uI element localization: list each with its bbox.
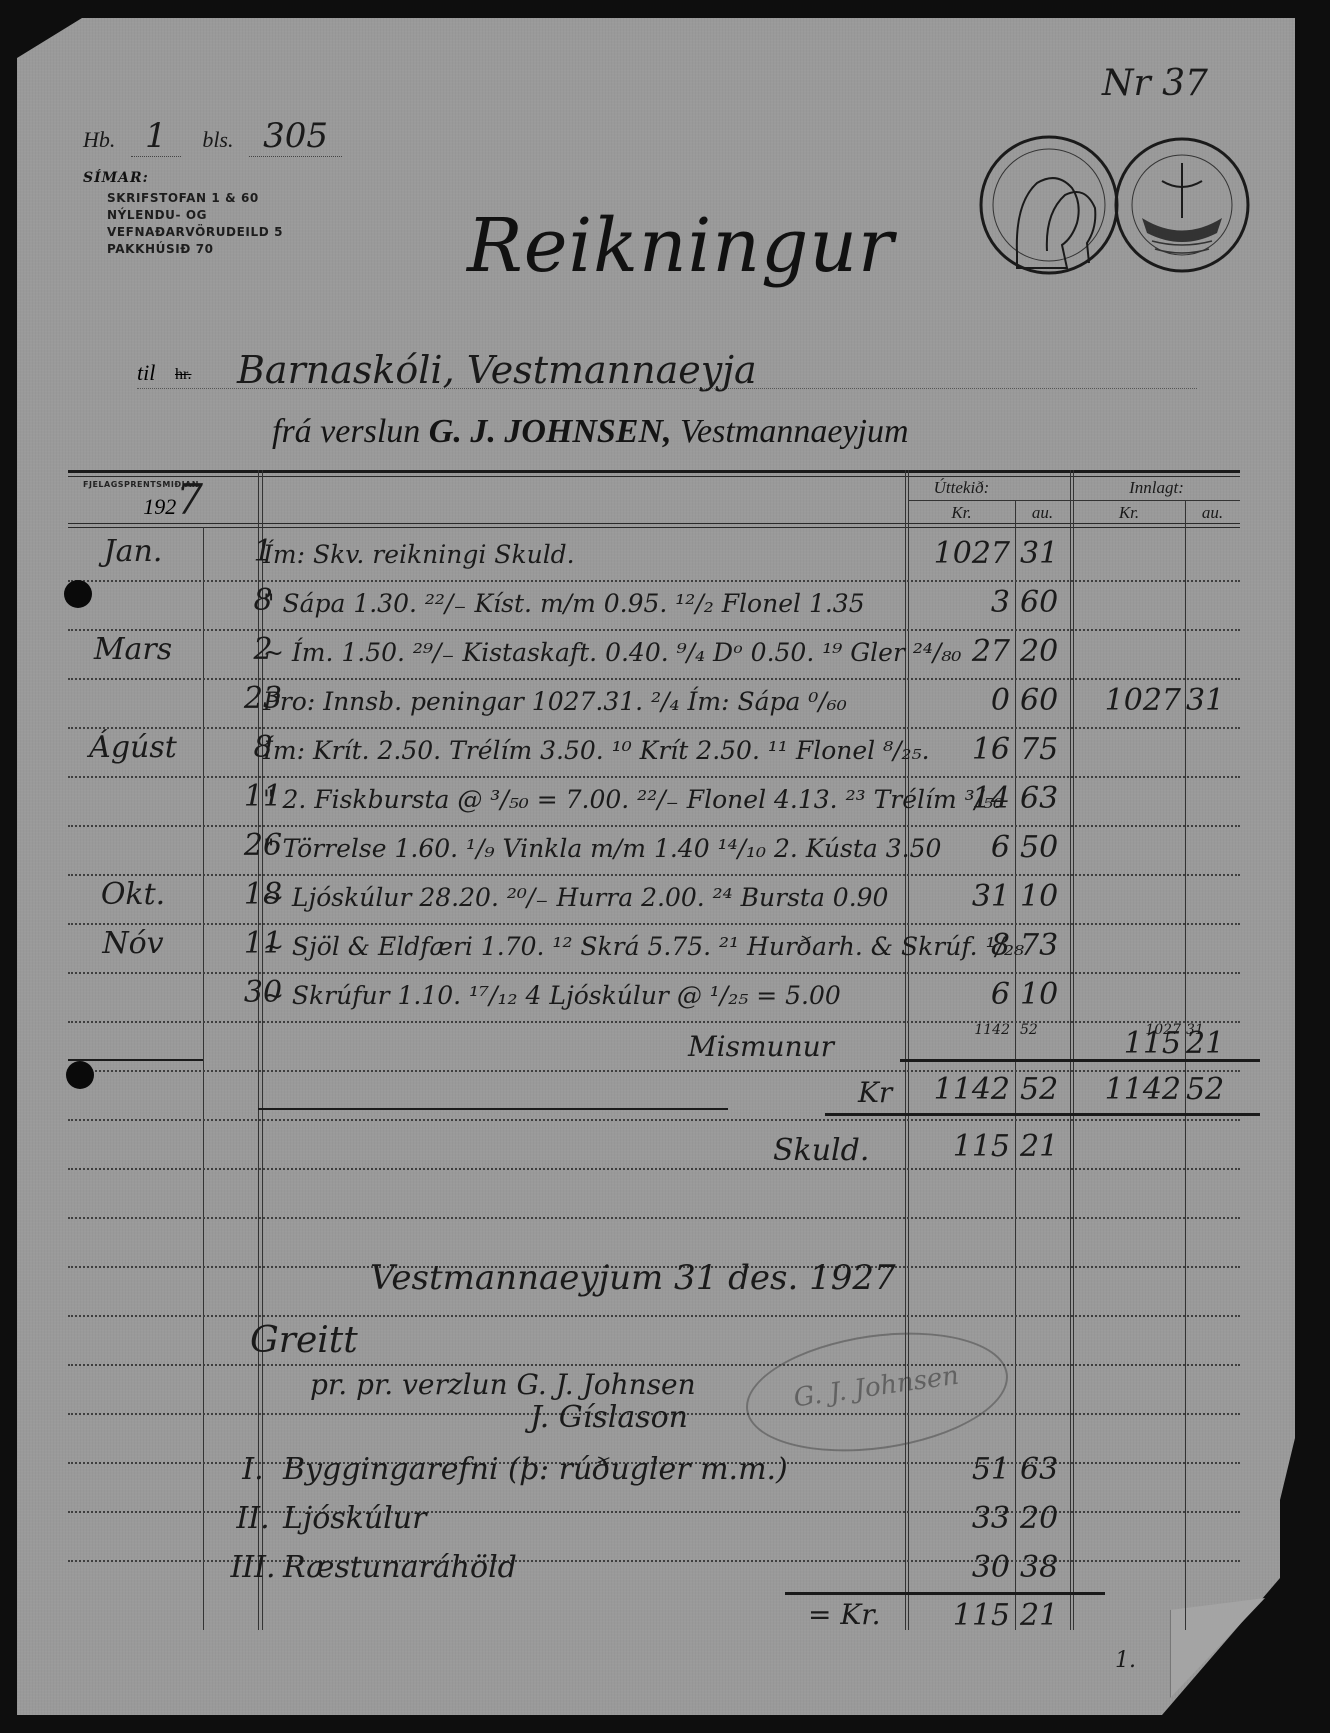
category-label: Ræstunaráhöld xyxy=(283,1550,517,1585)
place-date: Vestmannaeyjum 31 des. 1927 xyxy=(370,1258,896,1298)
year-cell: 1927 xyxy=(68,475,203,524)
row-out-kr: 31 xyxy=(908,879,1010,914)
row-out-kr: 8 xyxy=(908,928,1010,963)
row-month: Mars xyxy=(68,632,198,667)
category-total-kr: 115 xyxy=(908,1598,1010,1633)
year-printed: 192 xyxy=(143,494,176,519)
ledger-reference: Hb. 1 bls. 305 xyxy=(83,116,356,156)
row-out-au: 60 xyxy=(1020,585,1072,620)
row-in-kr: 1027 xyxy=(1073,683,1181,718)
category-kr: 33 xyxy=(908,1501,1010,1536)
phone-list: SÍMAR: SKRIFSTOFAN 1 & 60 NÝLENDU- OG VE… xyxy=(83,170,283,258)
ledger-row: 8 " Sápa 1.30. ²²/₋ Kíst. m/m 0.95. ¹²/₂… xyxy=(68,581,1240,630)
ledger-row: Okt. 18 ~ Ljóskúlur 28.20. ²⁰/₋ Hurra 2.… xyxy=(68,875,1240,924)
row-month: Okt. xyxy=(68,877,198,912)
row-month: Ágúst xyxy=(68,730,198,765)
balance-kr: 115 xyxy=(908,1129,1010,1164)
row-out-au: 73 xyxy=(1020,928,1072,963)
category-total-row: = Kr. 115 21 xyxy=(68,1598,1240,1647)
row-out-au: 10 xyxy=(1020,879,1072,914)
phone-line: PAKKHÚSIÐ 70 xyxy=(107,241,283,258)
bls-label: bls. xyxy=(202,127,233,152)
year-handwritten: 7 xyxy=(176,475,203,524)
category-au: 38 xyxy=(1020,1550,1072,1585)
ledger-row: Ágúst 8 Ím: Krít. 2.50. Trélím 3.50. ¹⁰ … xyxy=(68,728,1240,777)
sum-rule-left xyxy=(68,1059,203,1061)
category-au: 63 xyxy=(1020,1452,1072,1487)
row-out-kr: 1027 xyxy=(908,536,1010,571)
sender-line: frá verslun G. J. JOHNSEN, Vestmannaeyju… xyxy=(272,413,909,451)
row-out-au: 31 xyxy=(1020,536,1072,571)
row-out-kr: 14 xyxy=(908,781,1010,816)
row-out-au: 50 xyxy=(1020,830,1072,865)
category-numeral: I. xyxy=(218,1452,288,1487)
total-rule-left xyxy=(258,1108,728,1110)
total-in-kr: 1142 xyxy=(1073,1072,1181,1107)
document-title: Reikningur xyxy=(467,203,894,289)
corner-mark: 1. xyxy=(1115,1648,1136,1673)
per-procura: pr. pr. verzlun G. J. Johnsen xyxy=(310,1368,696,1401)
category-row: I. Byggingarefni (þ: rúðugler m.m.) 51 6… xyxy=(68,1452,1240,1501)
ledger-row: Jan. 1 Ím: Skv. reikningi Skuld. 1027 31 xyxy=(68,532,1240,581)
row-out-kr: 27 xyxy=(908,634,1010,669)
category-au: 20 xyxy=(1020,1501,1072,1536)
paid-mark: Greitt xyxy=(250,1320,358,1361)
category-label: Byggingarefni (þ: rúðugler m.m.) xyxy=(283,1452,788,1487)
header-in-au: au. xyxy=(1185,503,1240,523)
header-in-kr: Kr. xyxy=(1073,503,1185,523)
row-out-au: 20 xyxy=(1020,634,1072,669)
balance-row: Skuld. 115 21 xyxy=(68,1125,1240,1174)
recipient-name: Barnaskóli, Vestmannaeyja xyxy=(237,348,757,392)
ledger-row: 30 ~ Skrúfur 1.10. ¹⁷/₁₂ 4 Ljóskúlur @ ¹… xyxy=(68,973,1240,1022)
total-label: Kr xyxy=(858,1076,908,1109)
ledger-row: Mars 2 ~ Ím. 1.50. ²⁹/₋ Kistaskaft. 0.40… xyxy=(68,630,1240,679)
recipient-line: til hr. Barnaskóli, Vestmannaeyja xyxy=(137,348,1197,389)
recipient-prefix: til xyxy=(137,360,155,386)
row-month: Jan. xyxy=(68,534,198,569)
hb-label: Hb. xyxy=(83,127,115,152)
difference-in-kr: 115 xyxy=(1073,1026,1181,1061)
category-numeral: II. xyxy=(218,1501,288,1536)
category-numeral: III. xyxy=(218,1550,288,1585)
difference-in-au: 21 xyxy=(1186,1026,1238,1061)
category-sum-rule xyxy=(785,1592,1105,1595)
row-out-au: 63 xyxy=(1020,781,1072,816)
category-kr: 51 xyxy=(908,1452,1010,1487)
category-kr: 30 xyxy=(908,1550,1010,1585)
phone-line: NÝLENDU- OG xyxy=(107,207,283,224)
sender-prefix: frá verslun xyxy=(272,413,420,450)
medal-emblem-icon xyxy=(977,133,1267,283)
category-label: Ljóskúlur xyxy=(283,1501,426,1536)
total-out-kr: 1142 xyxy=(908,1072,1010,1107)
header-withdrawn: Úttekið: xyxy=(908,478,1015,498)
sum-rule xyxy=(900,1059,1260,1062)
row-in-au: 31 xyxy=(1186,683,1238,718)
category-total-label: = Kr. xyxy=(808,1598,881,1631)
row-out-au: 75 xyxy=(1020,732,1072,767)
category-total-au: 21 xyxy=(1020,1598,1072,1633)
phones-title: SÍMAR: xyxy=(83,170,283,186)
row-out-kr: 6 xyxy=(908,977,1010,1012)
category-row: II. Ljóskúlur 33 20 xyxy=(68,1501,1240,1550)
header-out-au: au. xyxy=(1015,503,1070,523)
balance-au: 21 xyxy=(1020,1129,1072,1164)
signer-name: J. Gíslason xyxy=(530,1400,688,1435)
punch-hole xyxy=(66,1061,94,1089)
sender-name: G. J. JOHNSEN, xyxy=(429,413,672,450)
recipient-struck-title: hr. xyxy=(175,366,191,384)
punch-hole xyxy=(64,580,92,608)
ledger-row: 23 Pro: Innsb. peningar 1027.31. ²/₄ Ím:… xyxy=(68,679,1240,728)
row-month: Nóv xyxy=(68,926,198,961)
row-out-kr: 3 xyxy=(908,585,1010,620)
total-out-au: 52 xyxy=(1020,1072,1072,1107)
balance-label: Skuld. xyxy=(773,1133,903,1168)
phone-line: SKRIFSTOFAN 1 & 60 xyxy=(107,190,283,207)
total-rule xyxy=(825,1113,1260,1116)
row-out-kr: 0 xyxy=(908,683,1010,718)
difference-label: Mismunur xyxy=(688,1030,908,1063)
total-in-au: 52 xyxy=(1186,1072,1238,1107)
phone-line: VEFNAÐARVÖRUDEILD 5 xyxy=(107,224,283,241)
ledger-row: 26 " Törrelse 1.60. ¹/₉ Vinkla m/m 1.40 … xyxy=(68,826,1240,875)
bls-value: 305 xyxy=(249,116,342,157)
ledger-row: 11 " 2. Fiskbursta @ ³/₅₀ = 7.00. ²²/₋ F… xyxy=(68,777,1240,826)
ledger-row: Nóv 11 ~ Sjöl & Eldfæri 1.70. ¹² Skrá 5.… xyxy=(68,924,1240,973)
hb-value: 1 xyxy=(131,116,181,157)
header-out-kr: Kr. xyxy=(908,503,1015,523)
invoice-number: Nr 37 xyxy=(1102,63,1208,104)
row-out-kr: 16 xyxy=(908,732,1010,767)
difference-row: Mismunur 115 21 xyxy=(68,1022,1240,1071)
sender-place: Vestmannaeyjum xyxy=(680,413,909,450)
row-out-au: 10 xyxy=(1020,977,1072,1012)
row-out-kr: 6 xyxy=(908,830,1010,865)
header-deposited: Innlagt: xyxy=(1073,478,1240,498)
row-out-au: 60 xyxy=(1020,683,1072,718)
